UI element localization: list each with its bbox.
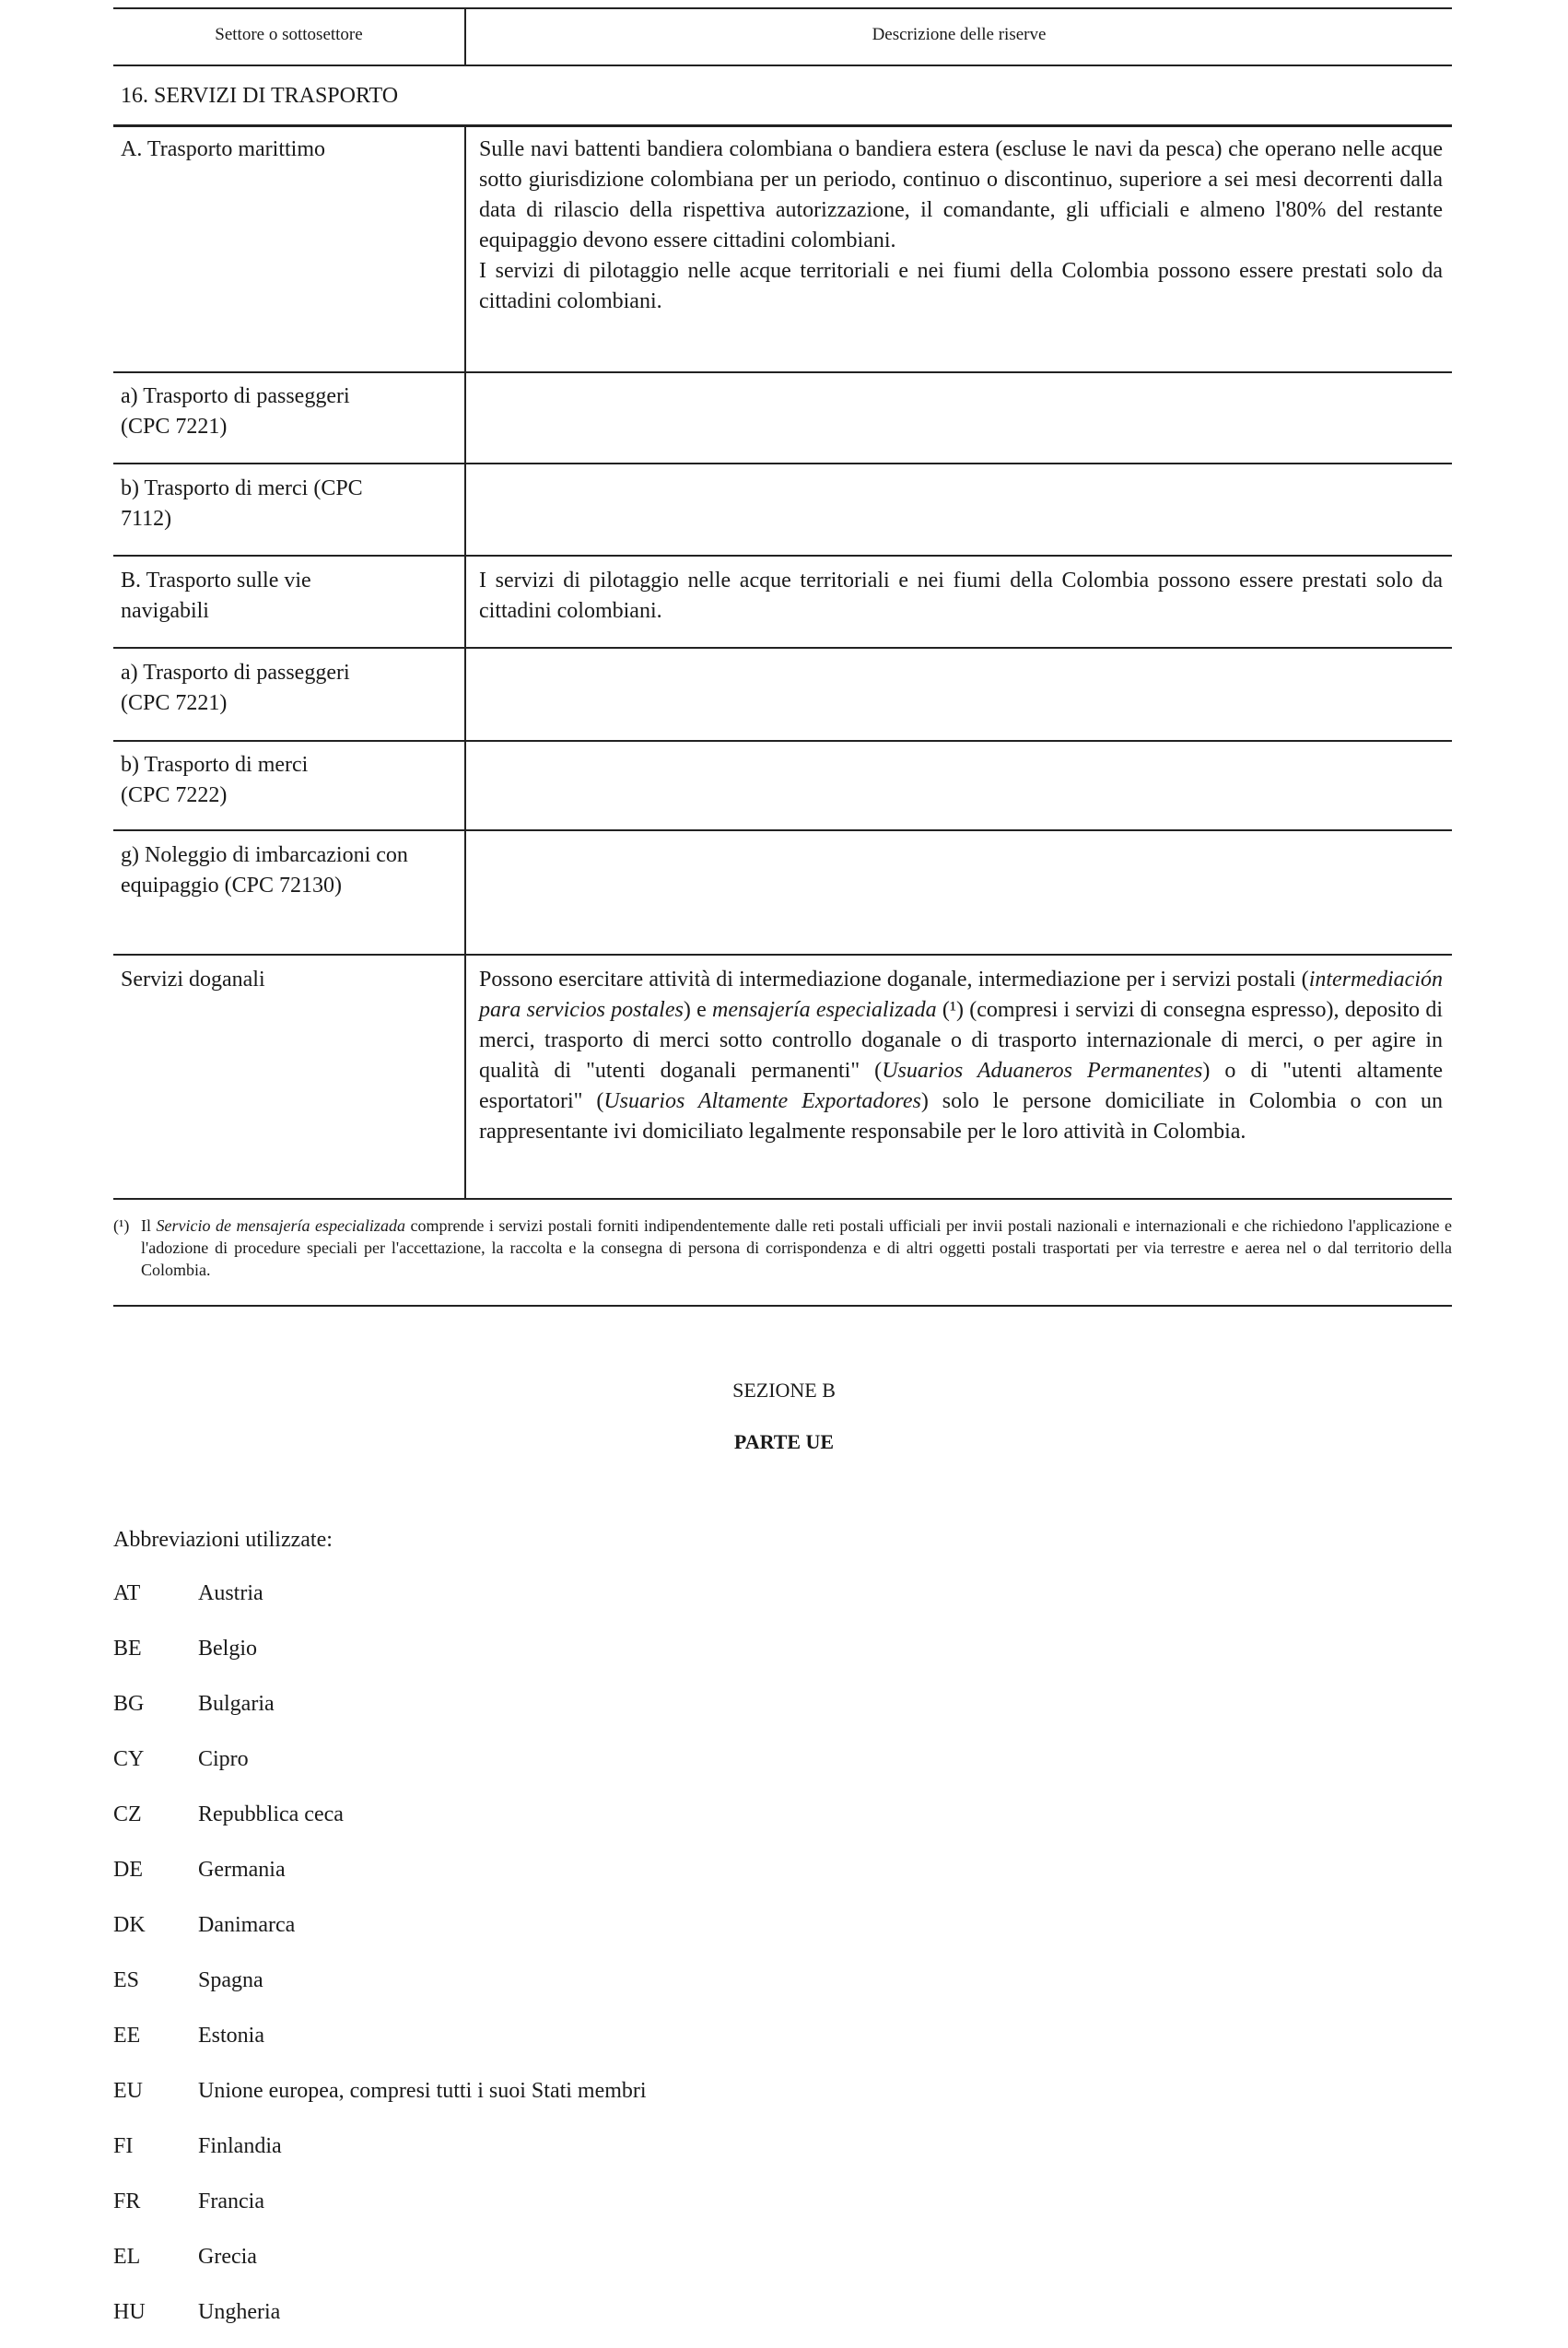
sector-cell: a) Trasporto di passeggeri (CPC 7221): [121, 658, 397, 719]
abbreviation-name: Estonia: [198, 2024, 264, 2049]
abbreviation-code: EU: [113, 2079, 187, 2104]
footnote-mark: (¹): [113, 1215, 129, 1237]
table-top-rule: [113, 7, 1452, 9]
abbreviation-name: Finlandia: [198, 2134, 282, 2159]
description-cell: Possono esercitare attività di intermedi…: [479, 965, 1443, 1147]
sector-cell: A. Trasporto marittimo: [121, 135, 452, 165]
abbreviation-name: Austria: [198, 1581, 263, 1606]
sector-cell: B. Trasporto sulle vie navigabili: [121, 566, 397, 627]
abbreviation-name: Ungheria: [198, 2300, 280, 2325]
abbreviation-name: Grecia: [198, 2245, 257, 2270]
sector-cell: g) Noleggio di imbarcazioni con equipagg…: [121, 840, 443, 901]
description-cell: Sulle navi battenti bandiera colombiana …: [479, 135, 1443, 317]
abbreviation-name: Repubblica ceca: [198, 1802, 344, 1827]
abbreviation-code: CY: [113, 1747, 187, 1772]
abbreviation-code: FR: [113, 2190, 187, 2214]
column-header-description: Descrizione delle riserve: [466, 24, 1452, 46]
description-paragraph: I servizi di pilotaggio nelle acque terr…: [479, 566, 1443, 627]
description-paragraph: I servizi di pilotaggio nelle acque terr…: [479, 256, 1443, 317]
column-header-sector: Settore o sottosettore: [113, 24, 464, 46]
row-rule: [113, 829, 1452, 831]
footnote-text: Il Servicio de mensajería especializada …: [141, 1215, 1452, 1281]
abbreviation-code: AT: [113, 1581, 187, 1606]
sector-cell: b) Trasporto di merci (CPC 7112): [121, 474, 397, 534]
description-cell: I servizi di pilotaggio nelle acque terr…: [479, 566, 1443, 627]
footnote-bottom-rule: [113, 1305, 1452, 1307]
abbreviation-name: Bulgaria: [198, 1692, 275, 1717]
section-title: 16. SERVIZI DI TRASPORTO: [121, 81, 1410, 112]
abbreviation-code: BE: [113, 1637, 187, 1661]
section-heading: SEZIONE B: [0, 1379, 1568, 1403]
description-paragraph: Sulle navi battenti bandiera colombiana …: [479, 135, 1443, 256]
abbreviation-name: Danimarca: [198, 1913, 295, 1938]
abbreviations-intro: Abbreviazioni utilizzate:: [113, 1528, 333, 1553]
footnote: (¹) Il Servicio de mensajería especializ…: [113, 1215, 1452, 1281]
abbreviation-name: Germania: [198, 1858, 286, 1883]
sector-cell: b) Trasporto di merci (CPC 7222): [121, 750, 333, 811]
sector-cell: Servizi doganali: [121, 965, 452, 995]
abbreviation-name: Cipro: [198, 1747, 249, 1772]
abbreviation-code: BG: [113, 1692, 187, 1717]
sector-cell: a) Trasporto di passeggeri (CPC 7221): [121, 382, 397, 442]
row-rule: [113, 371, 1452, 373]
table-bottom-rule: [113, 1198, 1452, 1200]
abbreviation-code: CZ: [113, 1802, 187, 1827]
section-subheading: PARTE UE: [0, 1430, 1568, 1454]
header-bottom-rule: [113, 65, 1452, 66]
row-rule: [113, 463, 1452, 464]
abbreviation-code: DE: [113, 1858, 187, 1883]
row-rule: [113, 555, 1452, 557]
row-rule: [113, 647, 1452, 649]
abbreviation-code: DK: [113, 1913, 187, 1938]
abbreviation-code: EL: [113, 2245, 187, 2270]
section-bottom-rule: [113, 124, 1452, 127]
abbreviation-code: ES: [113, 1968, 187, 1993]
row-rule: [113, 954, 1452, 956]
abbreviation-name: Unione europea, compresi tutti i suoi St…: [198, 2079, 647, 2104]
abbreviation-code: EE: [113, 2024, 187, 2049]
abbreviation-name: Spagna: [198, 1968, 263, 1993]
abbreviation-name: Francia: [198, 2190, 264, 2214]
abbreviation-code: HU: [113, 2300, 187, 2325]
abbreviation-name: Belgio: [198, 1637, 257, 1661]
abbreviation-code: FI: [113, 2134, 187, 2159]
column-divider: [464, 124, 466, 1198]
row-rule: [113, 740, 1452, 742]
